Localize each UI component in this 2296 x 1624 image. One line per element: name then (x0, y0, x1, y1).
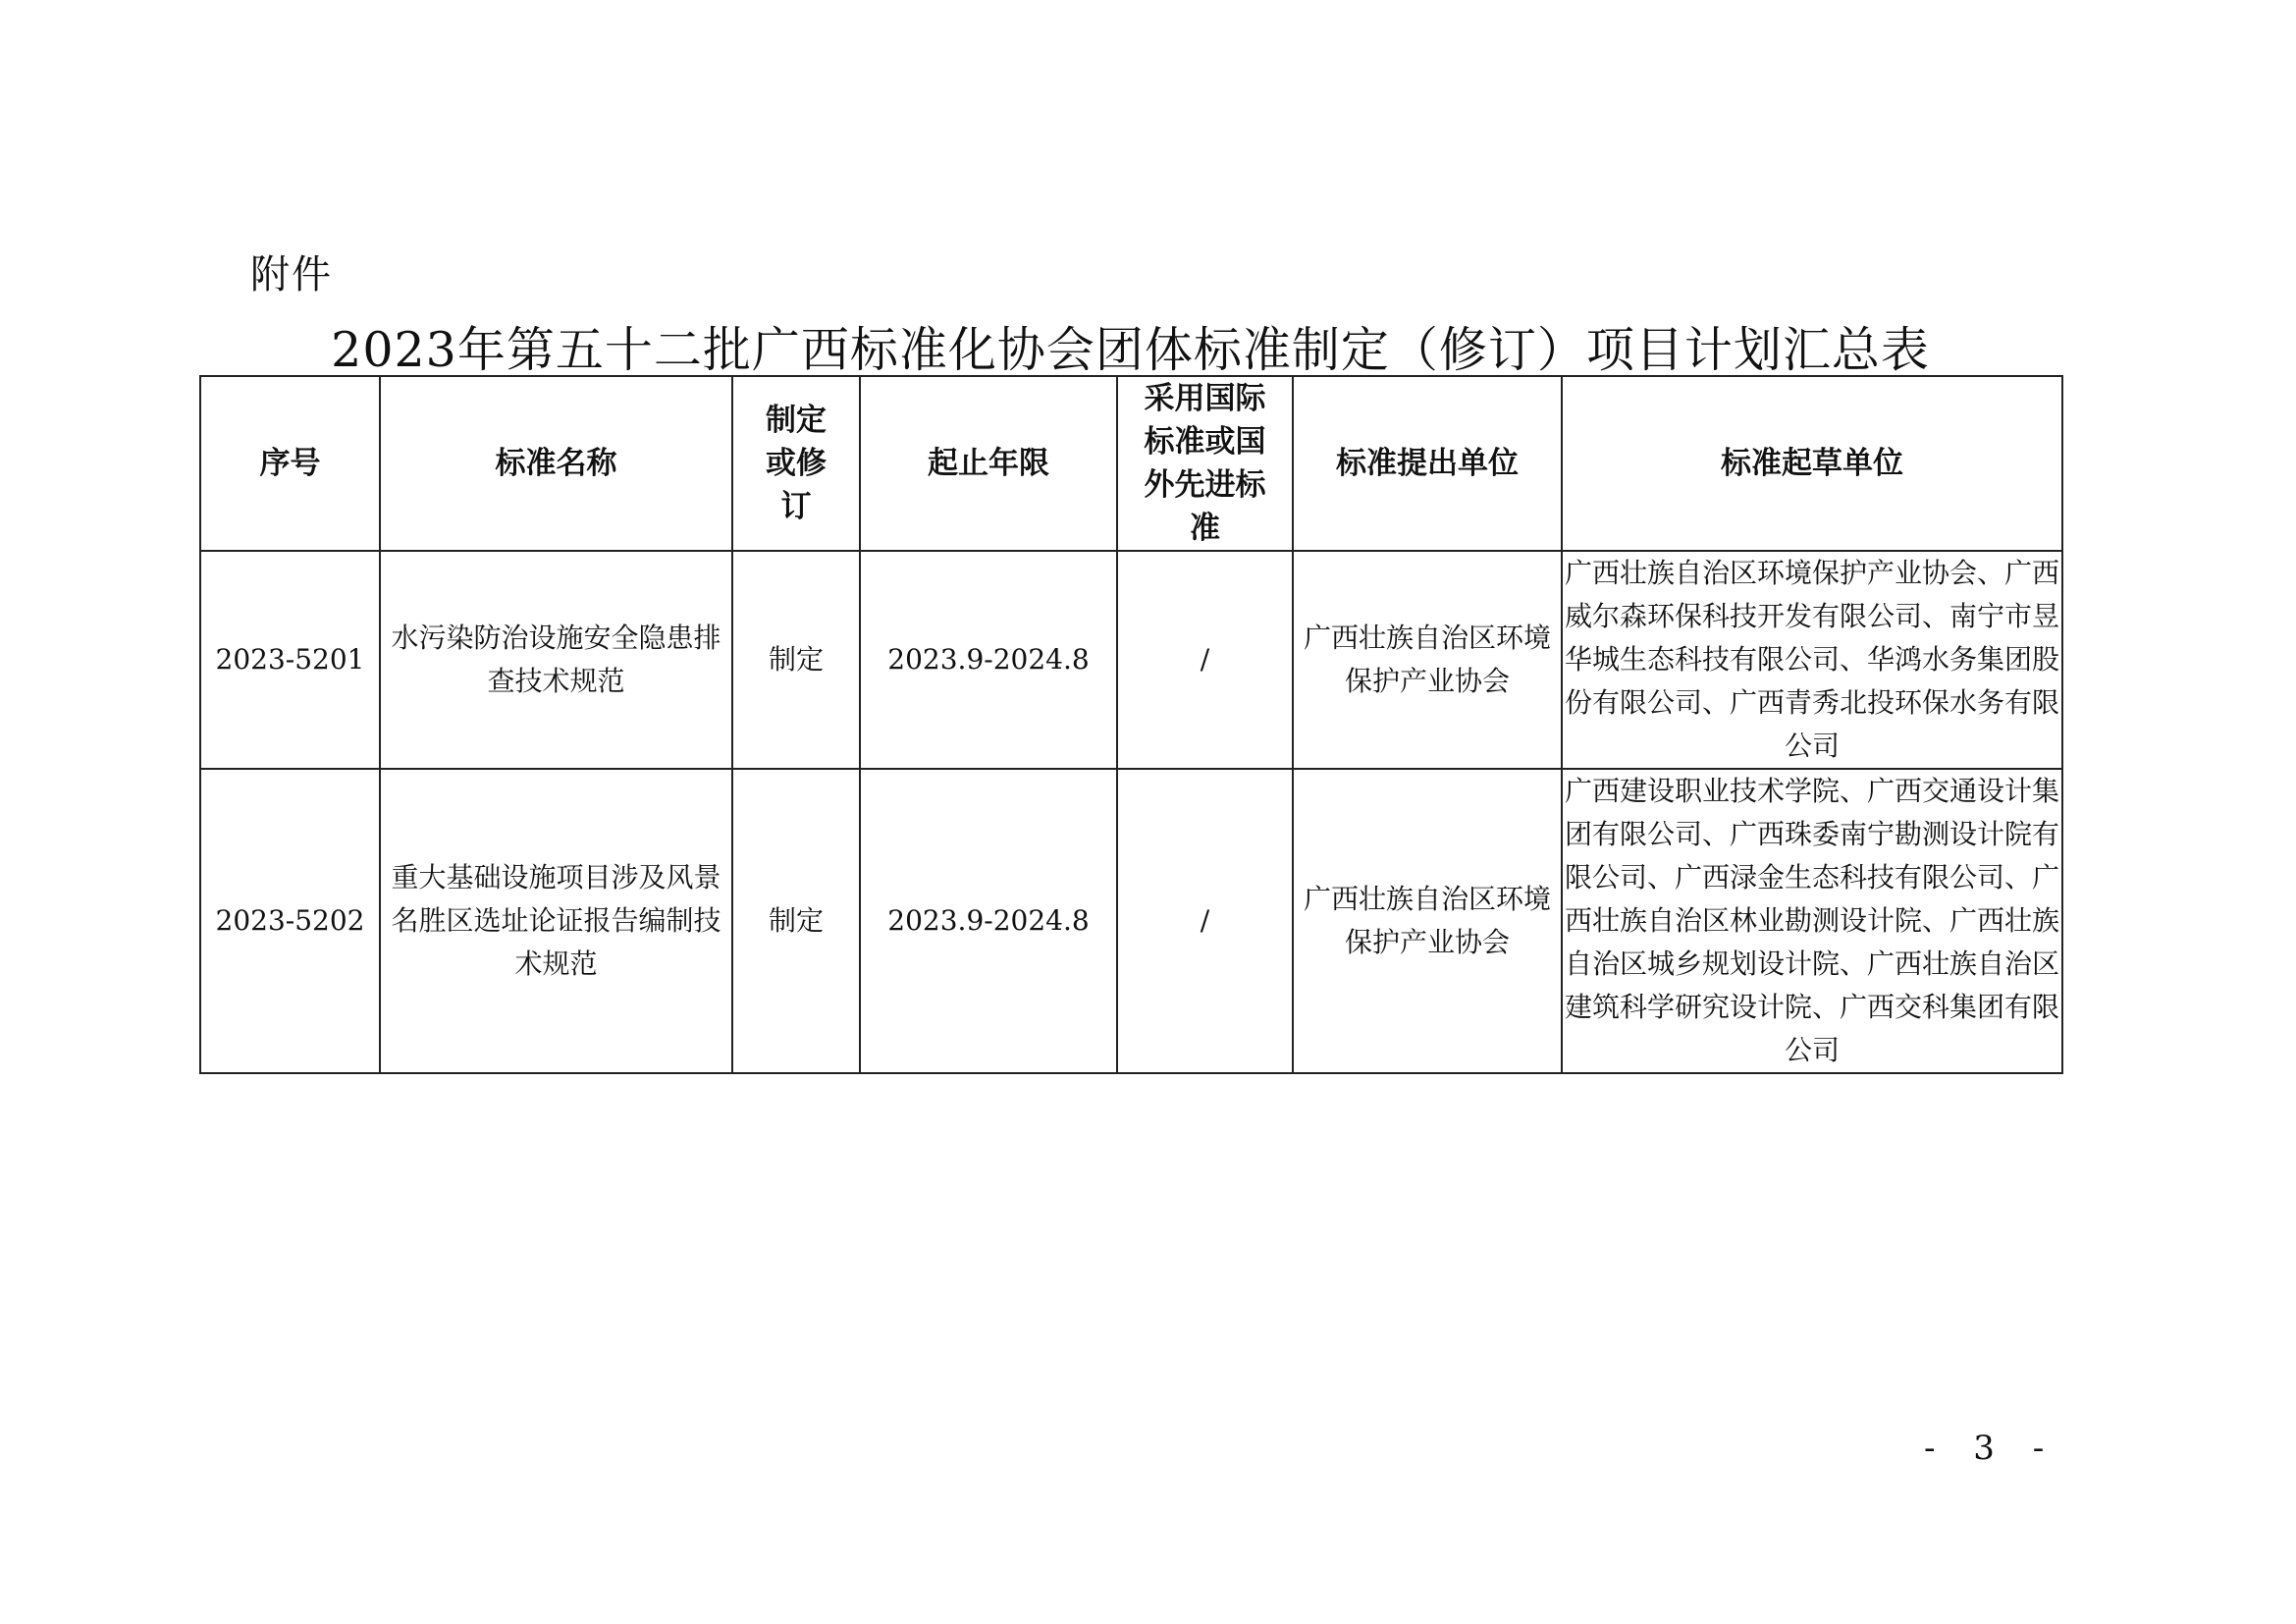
cell-type: 制定 (732, 769, 860, 1073)
cell-intl-standard: / (1117, 551, 1293, 769)
table-row: 2023-5201 水污染防治设施安全隐患排查技术规范 制定 2023.9-20… (200, 551, 2062, 769)
header-period: 起止年限 (860, 376, 1117, 551)
page-number: - 3 - (1924, 1429, 2057, 1468)
cell-period: 2023.9-2024.8 (860, 769, 1117, 1073)
cell-standard-name: 重大基础设施项目涉及风景名胜区选址论证报告编制技术规范 (380, 769, 732, 1073)
project-plan-table: 序号 标准名称 制定或修订 起止年限 采用国际标准或国外先进标准 标准提出单位 … (199, 375, 2063, 1074)
cell-serial: 2023-5202 (200, 769, 380, 1073)
header-type: 制定或修订 (732, 376, 860, 551)
cell-type: 制定 (732, 551, 860, 769)
header-intl-standard: 采用国际标准或国外先进标准 (1117, 376, 1293, 551)
document-title: 2023年第五十二批广西标准化协会团体标准制定（修订）项目计划汇总表 (199, 312, 2061, 381)
header-standard-name: 标准名称 (380, 376, 732, 551)
cell-drafters: 广西壮族自治区环境保护产业协会、广西威尔森环保科技开发有限公司、南宁市昱华城生态… (1562, 551, 2062, 769)
table-header-row: 序号 标准名称 制定或修订 起止年限 采用国际标准或国外先进标准 标准提出单位 … (200, 376, 2062, 551)
cell-proposer: 广西壮族自治区环境保护产业协会 (1293, 551, 1562, 769)
header-proposer: 标准提出单位 (1293, 376, 1562, 551)
cell-serial: 2023-5201 (200, 551, 380, 769)
cell-proposer: 广西壮族自治区环境保护产业协会 (1293, 769, 1562, 1073)
cell-standard-name: 水污染防治设施安全隐患排查技术规范 (380, 551, 732, 769)
cell-period: 2023.9-2024.8 (860, 551, 1117, 769)
cell-intl-standard: / (1117, 769, 1293, 1073)
table-row: 2023-5202 重大基础设施项目涉及风景名胜区选址论证报告编制技术规范 制定… (200, 769, 2062, 1073)
cell-drafters: 广西建设职业技术学院、广西交通设计集团有限公司、广西珠委南宁勘测设计院有限公司、… (1562, 769, 2062, 1073)
header-drafters: 标准起草单位 (1562, 376, 2062, 551)
attachment-label: 附件 (250, 244, 333, 299)
header-serial: 序号 (200, 376, 380, 551)
